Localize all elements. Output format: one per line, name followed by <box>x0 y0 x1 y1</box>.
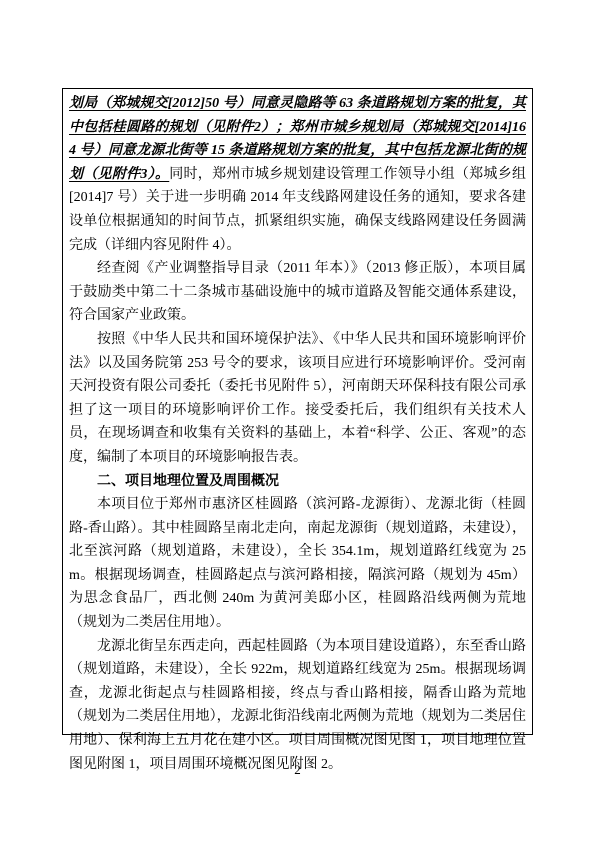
paragraph-eia-commission: 按照《中华人民共和国环境保护法》、《中华人民共和国环境影响评价法》以及国务院第 … <box>69 328 526 470</box>
section-heading-location: 二、项目地理位置及周围概况 <box>69 470 526 494</box>
paragraph-planning-approval: 划局（郑城规交[2012]50 号）同意灵隐路等 63 条道路规划方案的批复，其… <box>69 92 526 257</box>
paragraph-guiyuan-road: 本项目位于郑州市惠济区桂圆路（滨河路-龙源街）、龙源北街（桂圆路-香山路）。其中… <box>69 493 526 635</box>
paragraph-industry-policy: 经查阅《产业调整指导目录（2011 年本）》（2013 修正版），本项目属于鼓励… <box>69 257 526 328</box>
document-page: 划局（郑城规交[2012]50 号）同意灵隐路等 63 条道路规划方案的批复，其… <box>0 0 595 841</box>
paragraph-longyuan-north-street: 龙源北街呈东西走向，西起桂圆路（为本项目建设道路），东至香山路（规划道路，未建设… <box>69 635 526 777</box>
page-number: 2 <box>0 762 595 778</box>
report-table-cell: 划局（郑城规交[2012]50 号）同意灵隐路等 63 条道路规划方案的批复，其… <box>62 88 533 735</box>
